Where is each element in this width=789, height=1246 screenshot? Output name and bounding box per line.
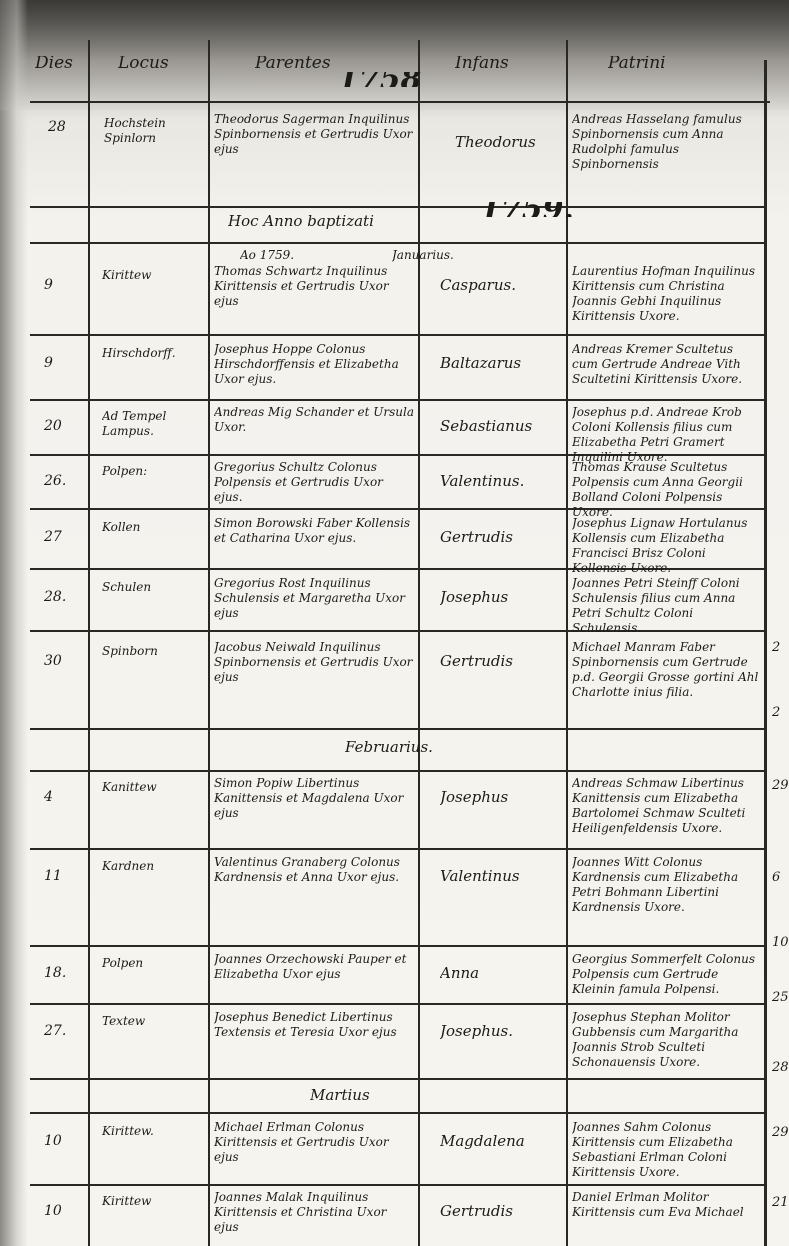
year-1758: 1758	[338, 72, 422, 87]
row-divider	[30, 1112, 765, 1114]
entry-infans: Gertrudis	[440, 530, 564, 545]
entry-infans: Casparus.	[440, 278, 564, 293]
entry-day: 28.	[44, 590, 84, 605]
entry-day: 27.	[44, 1024, 84, 1039]
entry-patrini: Andreas Kremer Scultetus cum Gertrude An…	[572, 342, 760, 387]
entry-day: 28	[48, 120, 66, 135]
right-border	[764, 60, 767, 1246]
entry-infans: Gertrudis	[440, 654, 564, 669]
entry-patrini: Josephus p.d. Andreae Krob Coloni Kollen…	[572, 405, 760, 465]
entry-day: 10	[44, 1204, 84, 1219]
entry-infans: Josephus	[440, 790, 564, 805]
row-divider	[30, 848, 765, 850]
header-dies: Dies	[35, 56, 73, 71]
entry-patrini: Laurentius Hofman Inquilinus Kirittensis…	[572, 264, 760, 324]
page-edge-shadow	[0, 0, 28, 1246]
entry-patrini: Joannes Witt Colonus Kardnensis cum Eliz…	[572, 855, 760, 915]
entry-infans: Magdalena	[440, 1134, 564, 1149]
entry-patrini: Andreas Schmaw Libertinus Kanittensis cu…	[572, 776, 760, 836]
entry-parentes: Josephus Benedict Libertinus Textensis e…	[214, 1010, 414, 1040]
margin-number: 2	[772, 705, 780, 720]
entry-infans: Baltazarus	[440, 356, 564, 371]
entry-day: 9	[44, 278, 84, 293]
entry-infans: Valentinus.	[440, 474, 564, 489]
entry-day: 11	[44, 869, 84, 884]
entry-locus: Kirittew	[102, 1194, 206, 1209]
margin-number: 2	[772, 640, 780, 655]
entry-parentes: Theodorus Sagerman Inquilinus Spinbornen…	[214, 112, 414, 157]
row-divider	[30, 242, 765, 244]
entry-day: 27	[44, 530, 84, 545]
entry-locus: Kanittew	[102, 780, 206, 795]
header-locus: Locus	[118, 56, 169, 71]
header-infans: Infans	[455, 56, 509, 71]
entry-locus: Hochstein Spinlorn	[104, 116, 204, 146]
january-prefix: Ao 1759.	[240, 248, 294, 263]
entry-day: 26.	[44, 474, 84, 489]
year-heading: Hoc Anno baptizati	[228, 214, 374, 229]
register-page: Dies Locus Parentes 1758 Infans Patrini …	[0, 0, 789, 1246]
entry-locus: Polpen	[102, 956, 206, 971]
margin-number: 21	[772, 1195, 789, 1210]
entry-parentes: Jacobus Neiwald Inquilinus Spinbornensis…	[214, 640, 414, 685]
entry-locus: Kirittew.	[102, 1124, 206, 1139]
entry-patrini: Daniel Erlman Molitor Kirittensis cum Ev…	[572, 1190, 760, 1220]
entry-patrini: Michael Manram Faber Spinbornensis cum G…	[572, 640, 760, 700]
entry-parentes: Joannes Malak Inquilinus Kirittensis et …	[214, 1190, 414, 1235]
year-1759: 1759.	[480, 202, 574, 217]
month-march: Martius	[310, 1088, 370, 1103]
row-divider	[30, 770, 765, 772]
entry-patrini: Josephus Lignaw Hortulanus Kollensis cum…	[572, 516, 760, 576]
entry-day: 9	[44, 356, 84, 371]
entry-day: 4	[44, 790, 84, 805]
entry-patrini: Josephus Stephan Molitor Gubbensis cum M…	[572, 1010, 760, 1070]
entry-parentes: Thomas Schwartz Inquilinus Kirittensis e…	[214, 264, 414, 309]
entry-infans: Sebastianus	[440, 419, 564, 434]
row-divider	[30, 399, 765, 401]
row-divider	[30, 1078, 765, 1080]
row-divider	[30, 334, 765, 336]
entry-locus: Ad Tempel Lampus.	[102, 409, 206, 439]
entry-infans: Josephus.	[440, 1024, 564, 1039]
header-patrini: Patrini	[608, 56, 666, 71]
entry-infans: Gertrudis	[440, 1204, 564, 1219]
entry-locus: Kardnen	[102, 859, 206, 874]
entry-day: 10	[44, 1134, 84, 1149]
row-divider	[30, 206, 765, 208]
entry-patrini: Andreas Hasselang famulus Spinbornensis …	[572, 112, 760, 172]
margin-number: 29	[772, 778, 789, 793]
entry-locus: Schulen	[102, 580, 206, 595]
entry-locus: Textew	[102, 1014, 206, 1029]
entry-parentes: Josephus Hoppe Colonus Hirschdorffensis …	[214, 342, 414, 387]
column-divider	[208, 40, 210, 1246]
entry-locus: Hirschdorff.	[102, 346, 206, 361]
margin-number: 10	[772, 935, 789, 950]
column-divider	[566, 40, 568, 1246]
margin-number: 29	[772, 1125, 789, 1140]
row-divider	[30, 101, 770, 103]
entry-locus: Polpen:	[102, 464, 206, 479]
entry-patrini: Joannes Petri Steinff Coloni Schulensis …	[572, 576, 760, 636]
month-february: Februarius.	[345, 740, 433, 755]
month-january: Januarius.	[392, 248, 454, 263]
entry-parentes: Joannes Orzechowski Pauper et Elizabetha…	[214, 952, 414, 982]
row-divider	[30, 1003, 765, 1005]
entry-parentes: Andreas Mig Schander et Ursula Uxor.	[214, 405, 414, 435]
entry-locus: Kirittew	[102, 268, 206, 283]
entry-infans: Valentinus	[440, 869, 564, 884]
entry-parentes: Michael Erlman Colonus Kirittensis et Ge…	[214, 1120, 414, 1165]
margin-number: 28	[772, 1060, 789, 1075]
entry-locus: Spinborn	[102, 644, 206, 659]
row-divider	[30, 728, 765, 730]
entry-patrini: Georgius Sommerfelt Colonus Polpensis cu…	[572, 952, 760, 997]
entry-locus: Kollen	[102, 520, 206, 535]
entry-parentes: Gregorius Rost Inquilinus Schulensis et …	[214, 576, 414, 621]
row-divider	[30, 1184, 765, 1186]
entry-day: 30	[44, 654, 84, 669]
entry-parentes: Simon Borowski Faber Kollensis et Cathar…	[214, 516, 414, 546]
margin-number: 6	[772, 870, 780, 885]
row-divider	[30, 945, 765, 947]
page-top-shadow	[0, 0, 789, 110]
entry-day: 18.	[44, 966, 84, 981]
margin-number: 25	[772, 990, 789, 1005]
entry-parentes: Simon Popiw Libertinus Kanittensis et Ma…	[214, 776, 414, 821]
entry-day: 20	[44, 419, 84, 434]
column-divider	[88, 40, 90, 1246]
entry-infans: Anna	[440, 966, 564, 981]
header-parentes: Parentes	[255, 56, 331, 71]
column-divider	[418, 40, 420, 1246]
entry-infans: Theodorus	[455, 135, 536, 150]
entry-infans: Josephus	[440, 590, 564, 605]
entry-patrini: Joannes Sahm Colonus Kirittensis cum Eli…	[572, 1120, 760, 1180]
entry-parentes: Gregorius Schultz Colonus Polpensis et G…	[214, 460, 414, 505]
entry-patrini: Thomas Krause Scultetus Polpensis cum An…	[572, 460, 760, 520]
entry-parentes: Valentinus Granaberg Colonus Kardnensis …	[214, 855, 414, 885]
